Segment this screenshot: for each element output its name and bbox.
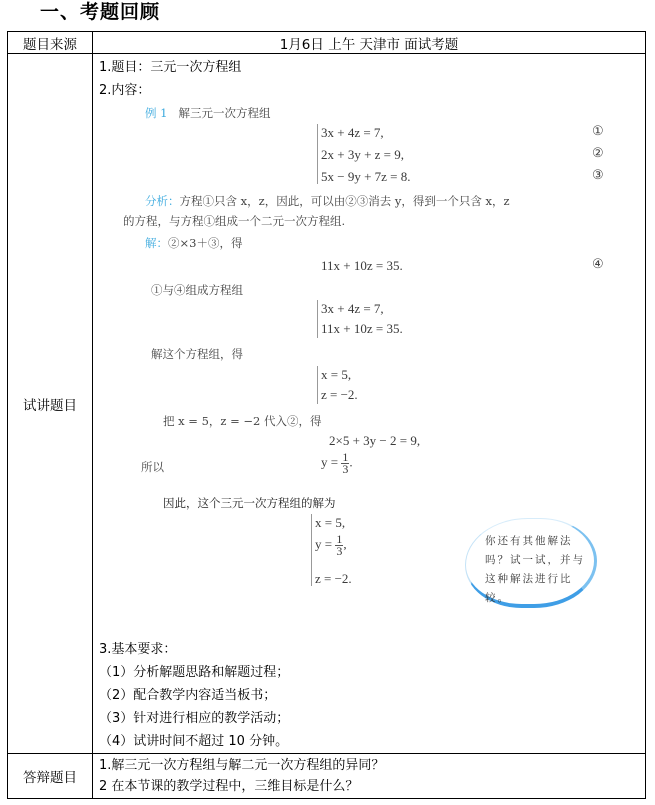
eq2-num: ② — [592, 146, 604, 161]
eq3-num: ③ — [592, 168, 604, 183]
requirement-2: （2）配合教学内容适当板书； — [99, 684, 645, 707]
final-y: y = 13, — [315, 534, 347, 557]
example-title: 解三元一次方程组 — [178, 106, 270, 120]
solution-label: 解： — [145, 236, 168, 250]
conclusion-text: 因此，这个三元一次方程组的解为 — [163, 496, 336, 510]
solution-step: ②×3＋③，得 — [168, 236, 242, 250]
topic-line: 1.题目：三元一次方程组 — [99, 56, 645, 79]
solution-line: 解：②×3＋③，得 — [145, 236, 242, 250]
requirement-1: （1）分析解题思路和解题过程； — [99, 661, 645, 684]
y-lhs: y = — [321, 454, 338, 469]
bubble-text: 你还有其他解法吗？试一试，并与这种解法进行比较。 — [485, 532, 585, 608]
trial-row: 试讲题目 1.题目：三元一次方程组 2.内容： 例 1 解三元一次方程组 3x … — [8, 54, 646, 754]
example-heading: 例 1 解三元一次方程组 — [145, 106, 270, 120]
textbook-excerpt: 例 1 解三元一次方程组 3x + 4z = 7, ① 2x + 3y + z … — [99, 102, 639, 638]
final-x: x = 5, — [315, 516, 345, 530]
analysis-label: 分析： — [145, 194, 180, 208]
content-label: 2.内容： — [99, 79, 645, 102]
analysis-line1: 分析：方程①只含 x，z，因此，可以由②③消去 y，得到一个只含 x，z — [145, 194, 510, 208]
eq2: 2x + 3y + z = 9, — [321, 148, 404, 162]
eq1-num: ① — [592, 124, 604, 139]
requirement-4: （4）试讲时间不超过 10 分钟。 — [99, 730, 645, 753]
eq3: 5x − 9y + 7z = 8. — [321, 170, 411, 184]
qa-question-2: 2 在本节课的教学过程中，三维目标是什么？ — [99, 776, 645, 797]
qa-label: 答辩题目 — [8, 754, 93, 799]
result-z: z = −2. — [321, 388, 358, 402]
analysis-line2: 的方程，与方程①组成一个二元一次方程组. — [123, 214, 345, 228]
requirement-3: （3）针对进行相应的教学活动； — [99, 707, 645, 730]
source-value: 1月6日 上午 天津市 面试考题 — [93, 32, 646, 54]
brace-system1 — [317, 124, 318, 184]
requirements-label: 3.基本要求： — [99, 638, 645, 661]
system2-eq1: 3x + 4z = 7, — [321, 302, 384, 316]
brace-system2 — [317, 300, 318, 338]
analysis-text1: 方程①只含 x，z，因此，可以由②③消去 y，得到一个只含 x，z — [180, 194, 510, 208]
qa-content: 1.解三元一次方程组与解二元一次方程组的异同？ 2 在本节课的教学过程中，三维目… — [93, 754, 646, 799]
combine-text: ①与④组成方程组 — [151, 283, 243, 297]
y-value: y = 13. — [321, 452, 353, 475]
so-text: 所以 — [141, 460, 164, 474]
source-label: 题目来源 — [8, 32, 93, 54]
example-label: 例 1 — [145, 106, 167, 120]
substitute-text: 把 x = 5，z = −2 代入②，得 — [163, 414, 322, 428]
eq4: 11x + 10z = 35. — [321, 259, 403, 273]
eq1: 3x + 4z = 7, — [321, 126, 384, 140]
final-y-tail: , — [343, 536, 346, 551]
section-title: 一、考题回顾 — [40, 0, 160, 24]
qa-row: 答辩题目 1.解三元一次方程组与解二元一次方程组的异同？ 2 在本节课的教学过程… — [8, 754, 646, 799]
solve-text: 解这个方程组，得 — [151, 347, 243, 361]
source-row: 题目来源 1月6日 上午 天津市 面试考题 — [8, 32, 646, 54]
final-z: z = −2. — [315, 572, 352, 586]
result-x: x = 5, — [321, 368, 351, 382]
brace-final — [311, 514, 312, 586]
substitute-eq: 2×5 + 3y − 2 = 9, — [329, 434, 420, 448]
final-y-lhs: y = — [315, 536, 332, 551]
exam-table: 题目来源 1月6日 上午 天津市 面试考题 试讲题目 1.题目：三元一次方程组 … — [7, 31, 646, 799]
eq4-num: ④ — [592, 257, 604, 272]
y-tail: . — [349, 454, 352, 469]
brace-result1 — [317, 366, 318, 404]
trial-content: 1.题目：三元一次方程组 2.内容： 例 1 解三元一次方程组 3x + 4z … — [93, 54, 646, 754]
trial-label: 试讲题目 — [8, 54, 93, 754]
system2-eq2: 11x + 10z = 35. — [321, 322, 403, 336]
qa-question-1: 1.解三元一次方程组与解二元一次方程组的异同？ — [99, 755, 645, 776]
